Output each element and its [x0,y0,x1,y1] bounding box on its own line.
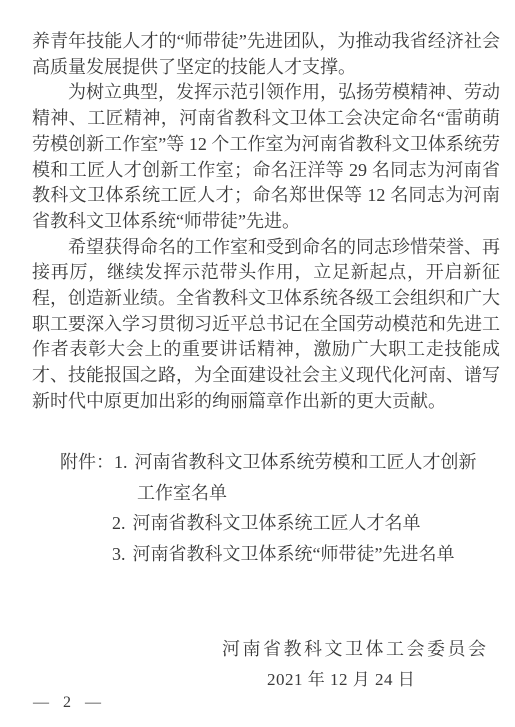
signature-date: 2021 年 12 月 24 日 [267,665,415,690]
body-paragraph-hope-and-call: 希望获得命名的工作室和受到命名的同志珍惜荣誉、再接再厉，继续发挥示范带头作用，立… [32,235,500,415]
body-text-block: 养青年技能人才的“师带徒”先进团队，为推动我省经济社会高质量发展提供了坚定的技能… [32,29,500,415]
attachments-block: 附件：1.河南省教科文卫体系统劳模和工匠人才创新 工作室名单 2.河南省教科文卫… [60,447,477,569]
attachment-item-2: 2.河南省教科文卫体系统工匠人才名单 [112,508,477,539]
attachment-item-1-number: 1. [114,452,128,472]
attachment-item-1-line-2: 工作室名单 [137,478,477,509]
document-page: 养青年技能人才的“师带徒”先进团队，为推动我省经济社会高质量发展提供了坚定的技能… [0,0,515,727]
attachment-item-2-number: 2. [112,513,126,533]
signature-organization: 河南省教科文卫体工会委员会 [222,635,489,661]
attachment-item-2-text: 河南省教科文卫体系统工匠人才名单 [133,513,421,533]
attachment-item-1-text: 河南省教科文卫体系统劳模和工匠人才创新 [135,452,477,472]
page-number: — 2 — [33,694,106,712]
body-paragraph-naming-decision: 为树立典型，发挥示范引领作用，弘扬劳模精神、劳动精神、工匠精神，河南省教科文卫体… [32,80,500,234]
body-paragraph-continuation: 养青年技能人才的“师带徒”先进团队，为推动我省经济社会高质量发展提供了坚定的技能… [32,29,500,80]
attachment-item-3: 3.河南省教科文卫体系统“师带徒”先进名单 [112,539,477,570]
attachment-item-3-text: 河南省教科文卫体系统“师带徒”先进名单 [133,544,455,564]
attachment-item-1-line-1: 附件：1.河南省教科文卫体系统劳模和工匠人才创新 [60,447,477,478]
attachments-label: 附件： [60,452,114,472]
attachment-item-3-number: 3. [112,544,126,564]
